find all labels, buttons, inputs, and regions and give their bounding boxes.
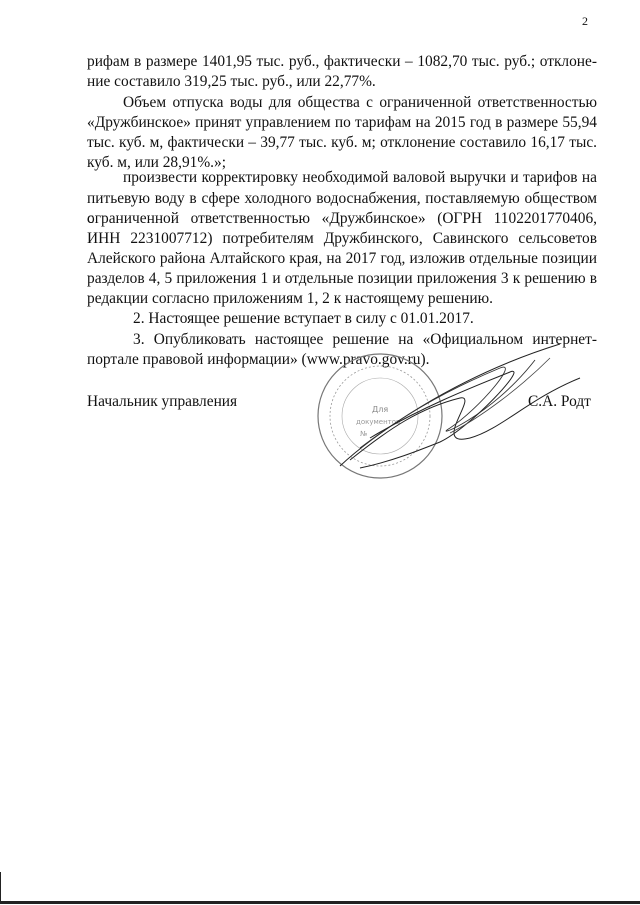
text-line: ограниченной ответственностью «Дружбинск… [87, 209, 597, 229]
text-line: ние составило 319,25 тыс. руб., или 22,7… [87, 72, 597, 92]
text-line: редакции согласно приложениям 1, 2 к нас… [87, 289, 597, 309]
text-line: тыс. куб. м, фактически – 39,77 тыс. куб… [87, 133, 597, 153]
signatory-position: Начальник управления [87, 392, 237, 412]
text-line: ИНН 2231007712) потребителям Дружбинског… [87, 229, 597, 249]
signatory-name: С.А. Родт [528, 392, 591, 412]
page-number: 2 [582, 14, 588, 29]
text-line: «Дружбинское» принят управлением по тари… [87, 113, 597, 133]
text-line: рифам в размере 1401,95 тыс. руб., факти… [87, 52, 597, 72]
scan-edge-bottom [0, 901, 640, 904]
text-line: произвести корректировку необходимой вал… [123, 168, 597, 188]
scan-edge-left [0, 872, 1, 902]
text-line: Объем отпуска воды для общества с ограни… [123, 93, 597, 113]
decision-item-2: 2. Настоящее решение вступает в силу с 0… [133, 309, 640, 329]
text-line: Алейского района Алтайского края, на 201… [87, 249, 597, 269]
text-line: разделов 4, 5 приложения 1 и отдельные п… [87, 269, 597, 289]
